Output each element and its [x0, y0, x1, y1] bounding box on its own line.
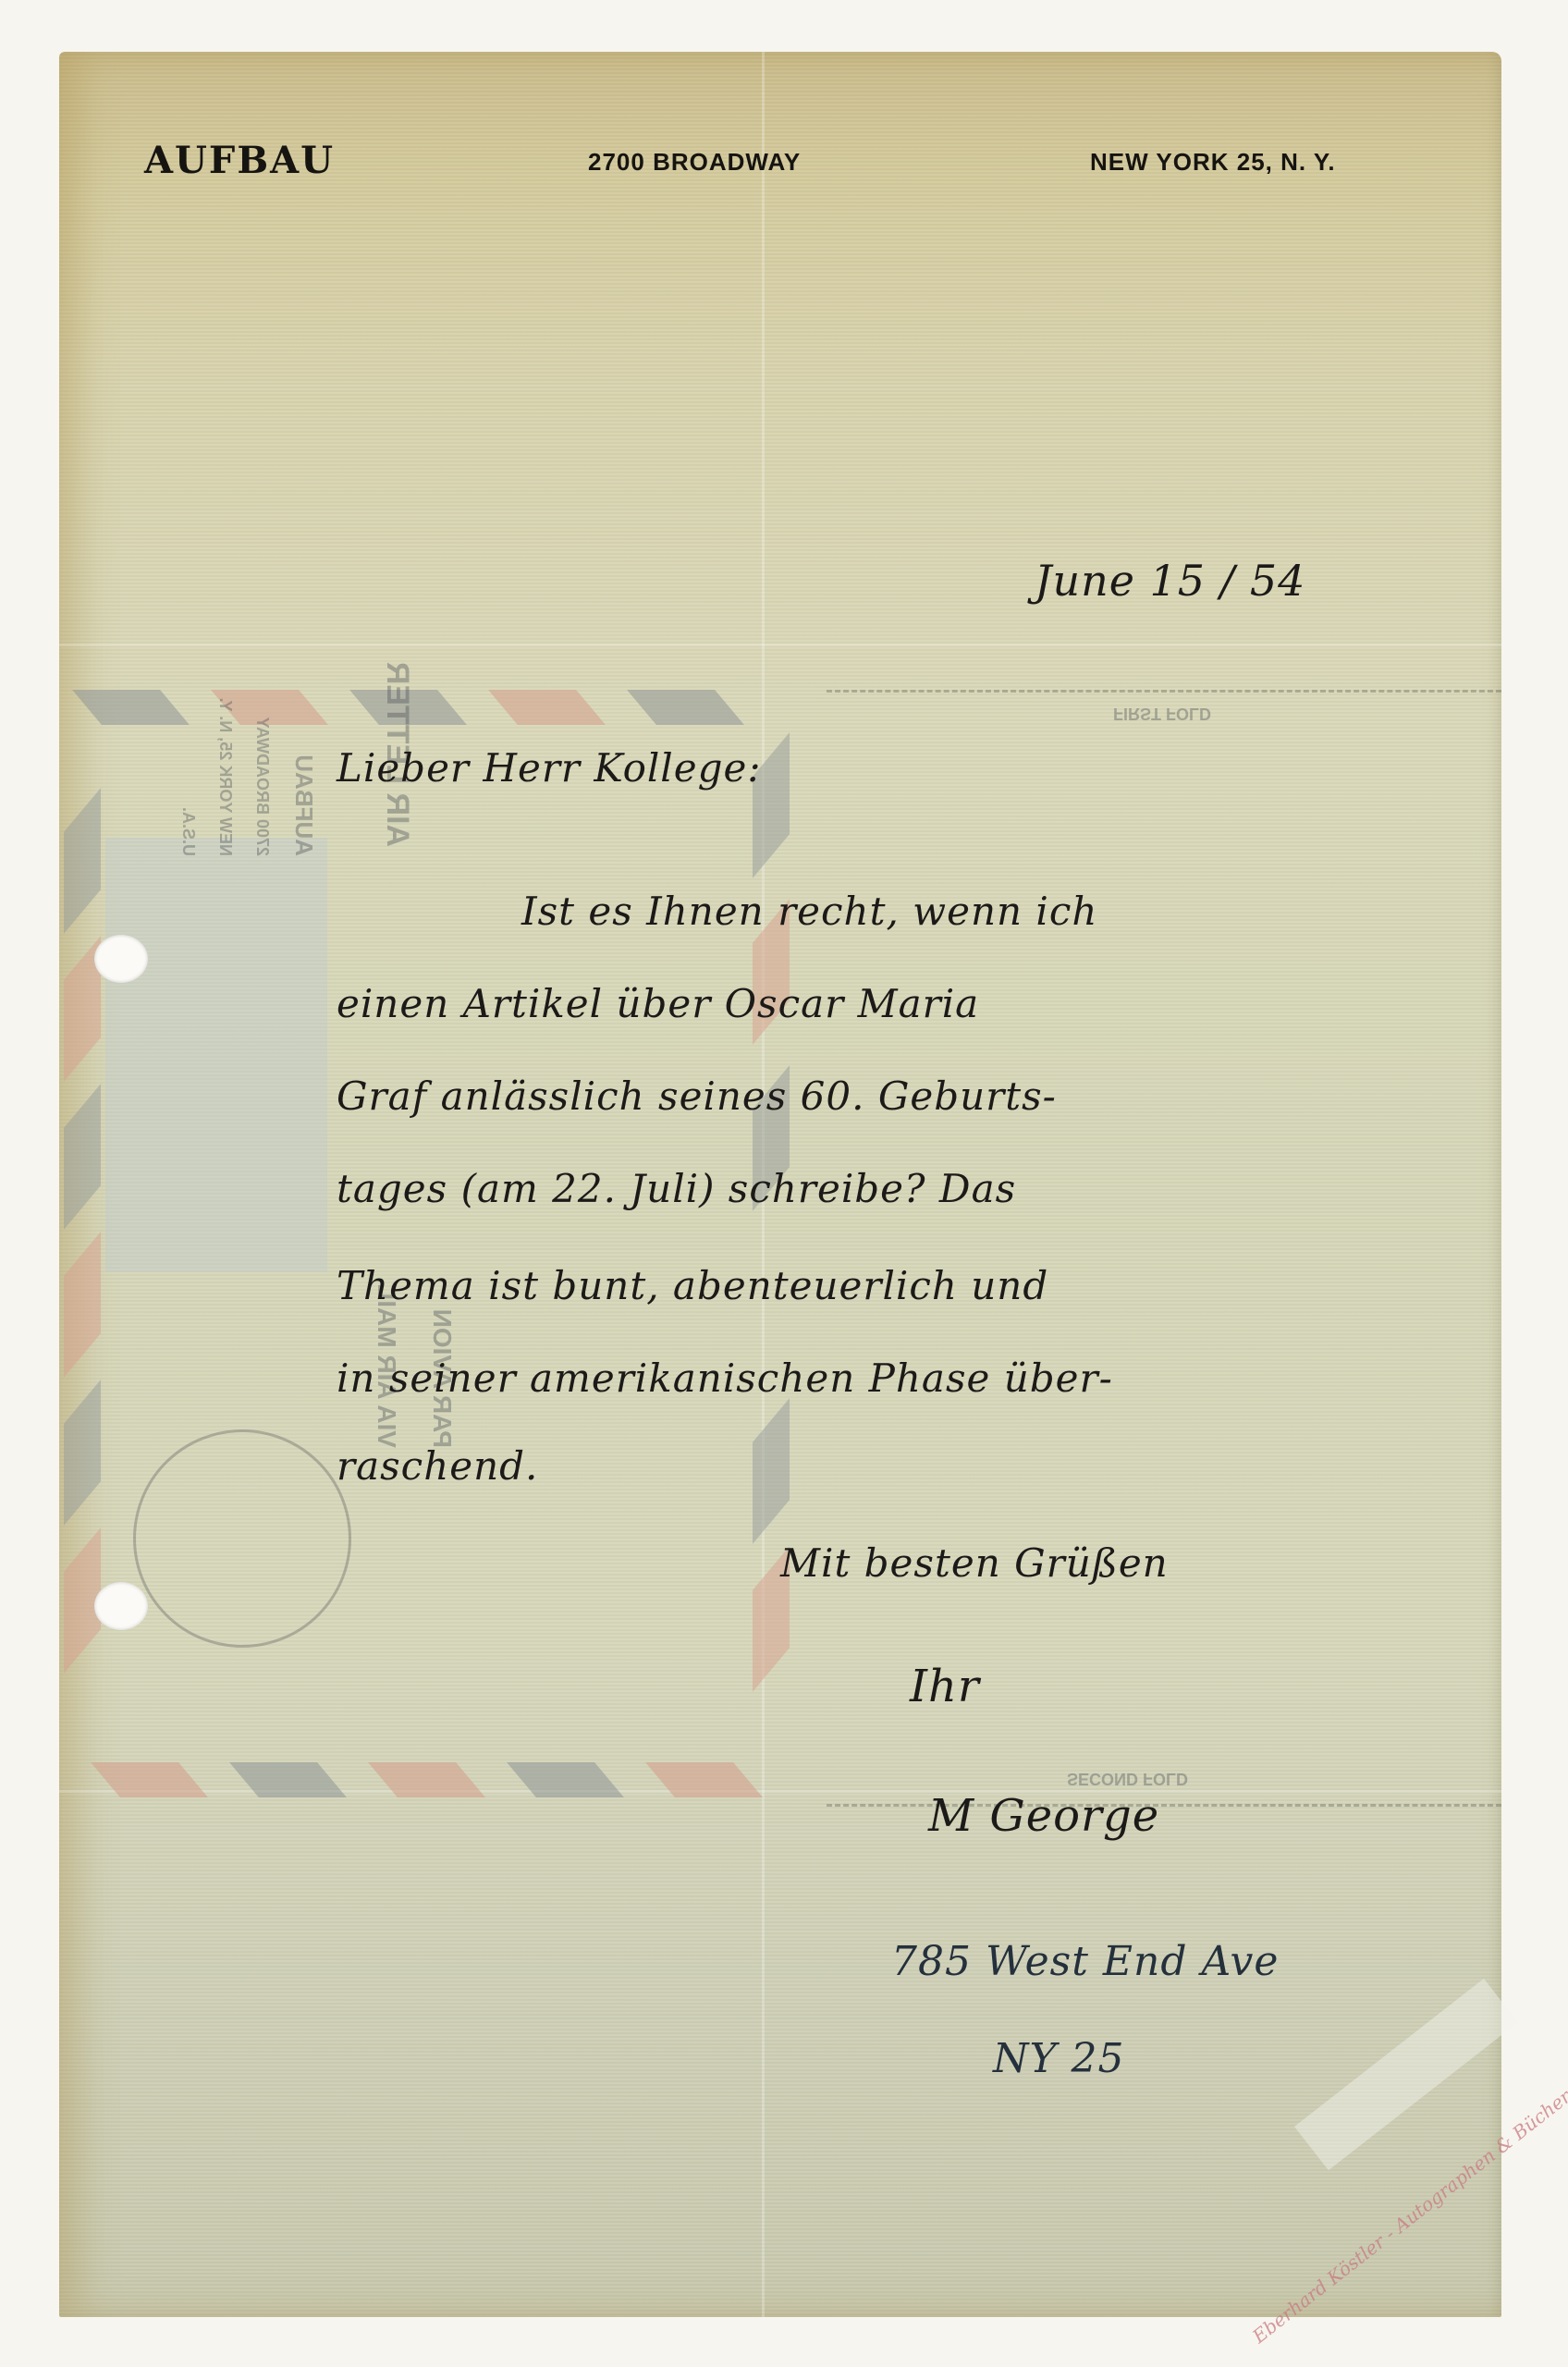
letterhead-street: 2700 BROADWAY — [588, 148, 801, 177]
first-fold-line — [827, 690, 1501, 693]
airmail-stripe — [488, 690, 606, 725]
letter-date: June 15 / 54 — [1035, 556, 1305, 606]
punch-hole — [94, 935, 148, 983]
airmail-stripe — [229, 1762, 347, 1797]
postmark-stamp — [133, 1429, 351, 1648]
sender-address-line-1: 785 West End Ave — [891, 1938, 1279, 1985]
first-fold-label: FIRST FOLD — [1113, 704, 1211, 723]
letter-closing-ihr: Ihr — [910, 1661, 980, 1712]
letterhead-name: AUFBAU — [144, 139, 335, 182]
airmail-stripe — [64, 1380, 101, 1526]
letterhead-city: NEW YORK 25, N. Y. — [1090, 148, 1336, 177]
airmail-stripe — [627, 690, 744, 725]
letter-salutation: Lieber Herr Kollege: — [337, 745, 761, 791]
body-line: raschend. — [337, 1443, 538, 1489]
airmail-stripe — [64, 1084, 101, 1230]
body-line: tages (am 22. Juli) schreibe? Das — [337, 1166, 1016, 1211]
letter-closing: Mit besten Grüßen — [780, 1540, 1169, 1586]
body-line: Thema ist bunt, abenteuerlich und — [337, 1263, 1048, 1308]
body-line: einen Artikel über Oscar Maria — [337, 981, 979, 1026]
return-address-country: U.S.A. — [178, 807, 198, 856]
airmail-stripe — [72, 690, 190, 725]
letter-signature: M George — [928, 1790, 1159, 1842]
return-address-name: AUFBAU — [289, 754, 318, 856]
return-address-city: NEW YORK 25, N. Y. — [215, 698, 235, 856]
horizontal-fold-crease — [59, 644, 1501, 646]
body-line: in seiner amerikanischen Phase über- — [337, 1355, 1113, 1401]
return-address-box — [105, 838, 327, 1272]
airmail-stripe — [64, 788, 101, 934]
airmail-stripe — [507, 1762, 624, 1797]
airmail-stripe — [91, 1762, 208, 1797]
airmail-stripe — [753, 1398, 790, 1544]
body-line: Graf anlässlich seines 60. Geburts- — [337, 1073, 1057, 1119]
punch-hole — [94, 1582, 148, 1630]
sender-address-line-2: NY 25 — [993, 2035, 1125, 2082]
second-fold-label: SECOND FOLD — [1067, 1769, 1188, 1788]
airmail-stripe — [645, 1762, 763, 1797]
airmail-stripe — [64, 1232, 101, 1378]
letter-sheet: FIRST FOLD SECOND FOLD AUFBAU 2700 BROAD… — [59, 52, 1501, 2317]
airmail-stripe — [368, 1762, 485, 1797]
return-address-street: 2700 BROADWAY — [252, 717, 272, 856]
body-line: Ist es Ihnen recht, wenn ich — [521, 889, 1097, 934]
